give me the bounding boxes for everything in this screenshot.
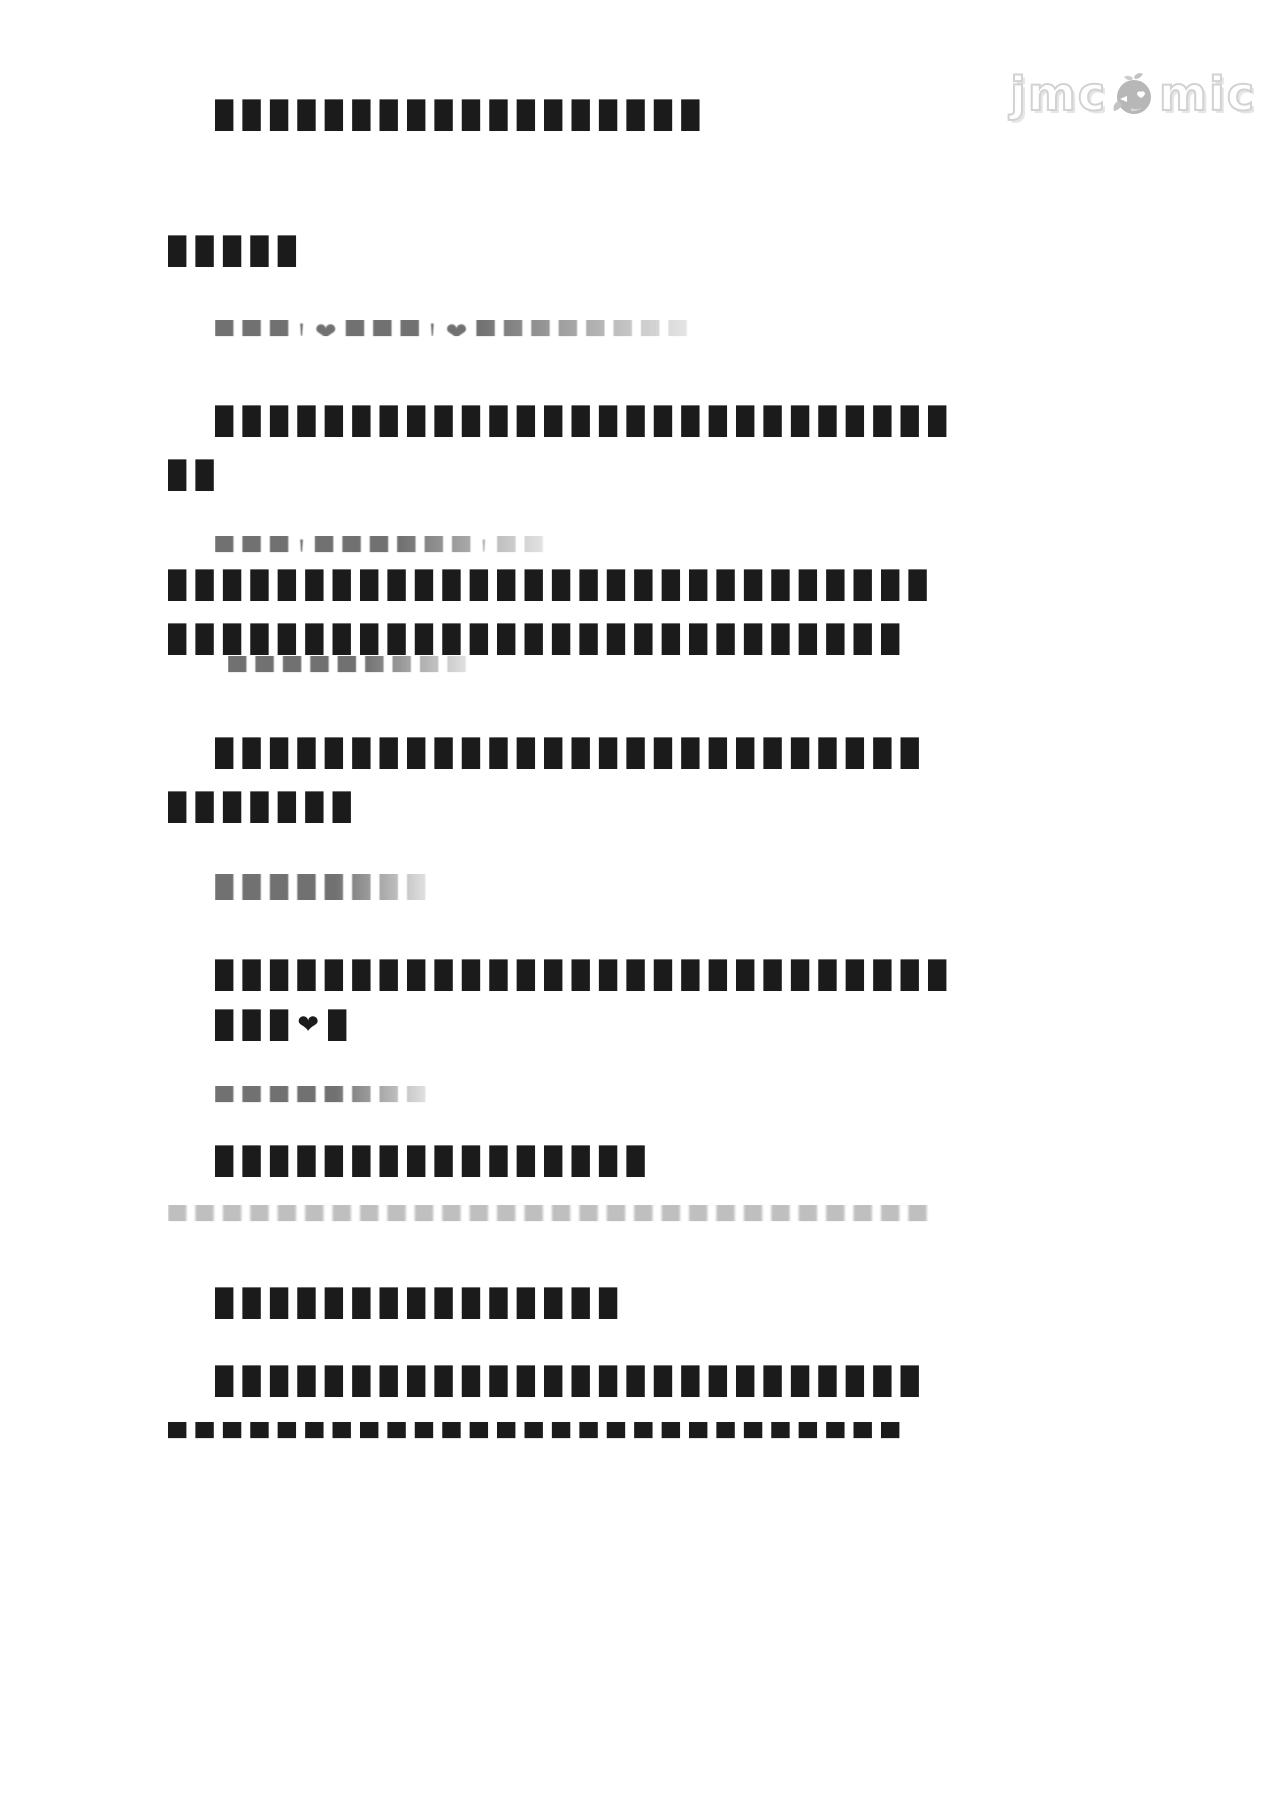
redacted-text-line: ███████████████████████████ (215, 408, 955, 434)
jmcomic-watermark: jmc mic (1010, 68, 1256, 120)
redacted-text-line: ███!██████!██ (215, 536, 552, 562)
redacted-text-line: ████████ (215, 1086, 434, 1112)
redacted-text-line: ████████ (215, 874, 434, 900)
redacted-text-line: ████████████████████████████ (168, 572, 936, 598)
watermark-text-right: mic (1159, 71, 1256, 117)
redacted-text-line: ██████████████████ (215, 102, 709, 128)
redacted-text-line: ███████████████████████████ (215, 962, 955, 988)
redacted-text-line: ██████████████████████████ (215, 1368, 928, 1394)
redacted-text-line: █████ (168, 238, 305, 264)
redacted-text-line: ███❤█ (215, 1012, 355, 1038)
redacted-text-line: ███████████████████████████ (168, 626, 908, 652)
document-page: jmc mic ██████████████████████████!❤███!… (0, 0, 1280, 1811)
redacted-text-line: █████████ (228, 656, 475, 682)
redacted-text-line: ███████ (168, 794, 360, 820)
watermark-text-left: jmc (1010, 71, 1107, 117)
redacted-text-line: ████████████████ (215, 1148, 654, 1174)
redacted-text-line: ███!❤███!❤████████ (215, 320, 696, 346)
bird-mascot-icon (1107, 68, 1159, 120)
redacted-text-line: ███████████████ (215, 1290, 626, 1316)
redacted-text-line: ███████████████████████████ (168, 1422, 908, 1448)
redacted-text-line: ██████████████████████████ (215, 740, 928, 766)
redacted-text-line: ██ (168, 462, 223, 488)
redacted-text-line: ████████████████████████████ (168, 1205, 936, 1231)
